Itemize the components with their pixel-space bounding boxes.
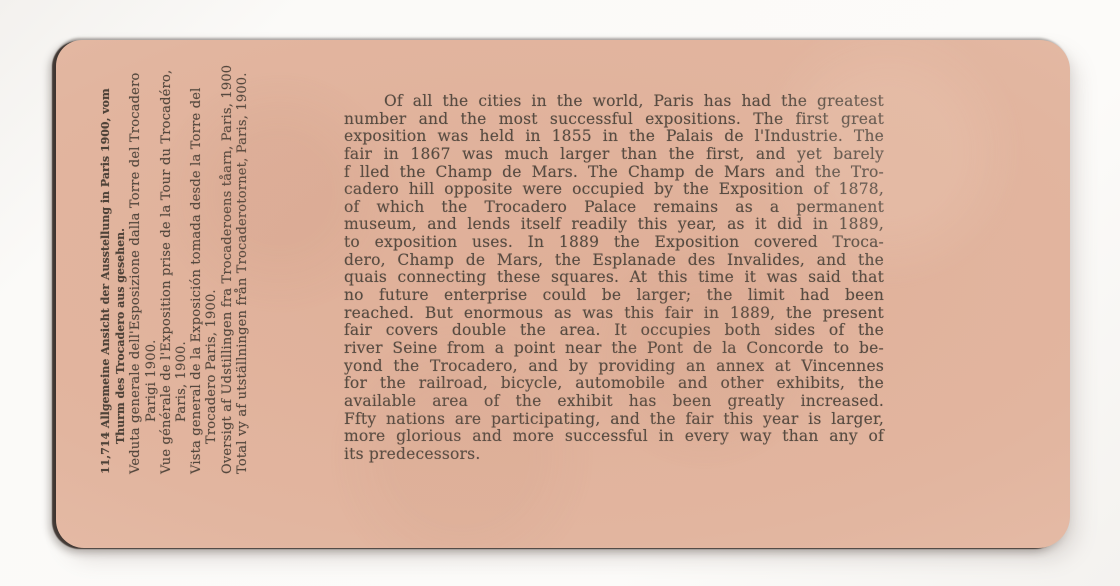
description-line: exposition was held in 1855 in the Palai… [344, 128, 884, 146]
description-line: available area of the exhibit has been g… [344, 393, 884, 411]
description-line: more glorious and more successful in eve… [344, 428, 884, 446]
photo-backdrop: 11,714 Allgemeine Ansicht der Ausstellun… [0, 0, 1120, 586]
description-line: quais connecting these squares. At this … [344, 269, 884, 287]
description-line: dero, Champ de Mars, the Esplanade des I… [344, 252, 884, 270]
caption-german-line-1: 11,714 Allgemeine Ansicht der Ausstellun… [98, 56, 113, 474]
description-line: Ffty nations are participating, and the … [344, 411, 884, 429]
caption-italian-line-1: Veduta generale dell'Esposizione dalla T… [128, 56, 143, 474]
description-line: to exposition uses. In 1889 the Expositi… [344, 234, 884, 252]
caption-swedish-line: Total vy af utställningen från Trocadero… [235, 56, 250, 474]
description-line: reached. But enormous as was this fair i… [344, 305, 884, 323]
caption-german-line-2: Thurm des Trocadero aus gesehen. [113, 56, 128, 474]
description-line: cadero hill opposite were occupied by th… [344, 181, 884, 199]
description-line: of which the Trocadero Palace remains as… [344, 199, 884, 217]
description-line: yond the Trocadero, and by providing an … [344, 358, 884, 376]
caption-spanish-line-2: Trocadero Paris, 1900. [204, 56, 219, 474]
description-line: Of all the cities in the world, Paris ha… [344, 93, 884, 111]
side-caption-column: 11,714 Allgemeine Ansicht der Ausstellun… [98, 56, 252, 474]
description-line: no future enterprise could be larger; th… [344, 287, 884, 305]
caption-italian-line-2: Parigi 1900. [144, 56, 159, 474]
description-line: for the railroad, bicycle, automobile an… [344, 375, 884, 393]
description-paragraph: Of all the cities in the world, Paris ha… [344, 93, 884, 463]
description-line: museum, and lends itself readily this ye… [344, 216, 884, 234]
description-line: f lled the Champ de Mars. The Champ de M… [344, 164, 884, 182]
description-line: fair in 1867 was much larger than the fi… [344, 146, 884, 164]
description-line: fair covers double the area. It occupies… [344, 322, 884, 340]
description-line: its predecessors. [344, 446, 884, 464]
caption-spanish-line-1: Vista general de la Exposición tomada de… [189, 56, 204, 474]
caption-french-line-2: Paris, 1900. [174, 56, 189, 474]
caption-french-line-1: Vue générale de l'Exposition prise de la… [159, 56, 174, 474]
side-caption-rotated-block: 11,714 Allgemeine Ansicht der Ausstellun… [98, 56, 252, 474]
description-line: number and the most successful expositio… [344, 111, 884, 129]
description-line: river Seine from a point near the Pont d… [344, 340, 884, 358]
stereoview-card-back: 11,714 Allgemeine Ansicht der Ausstellun… [56, 40, 1070, 548]
caption-danish-line: Oversigt af Udstillingen fra Trocaderoen… [220, 56, 235, 474]
